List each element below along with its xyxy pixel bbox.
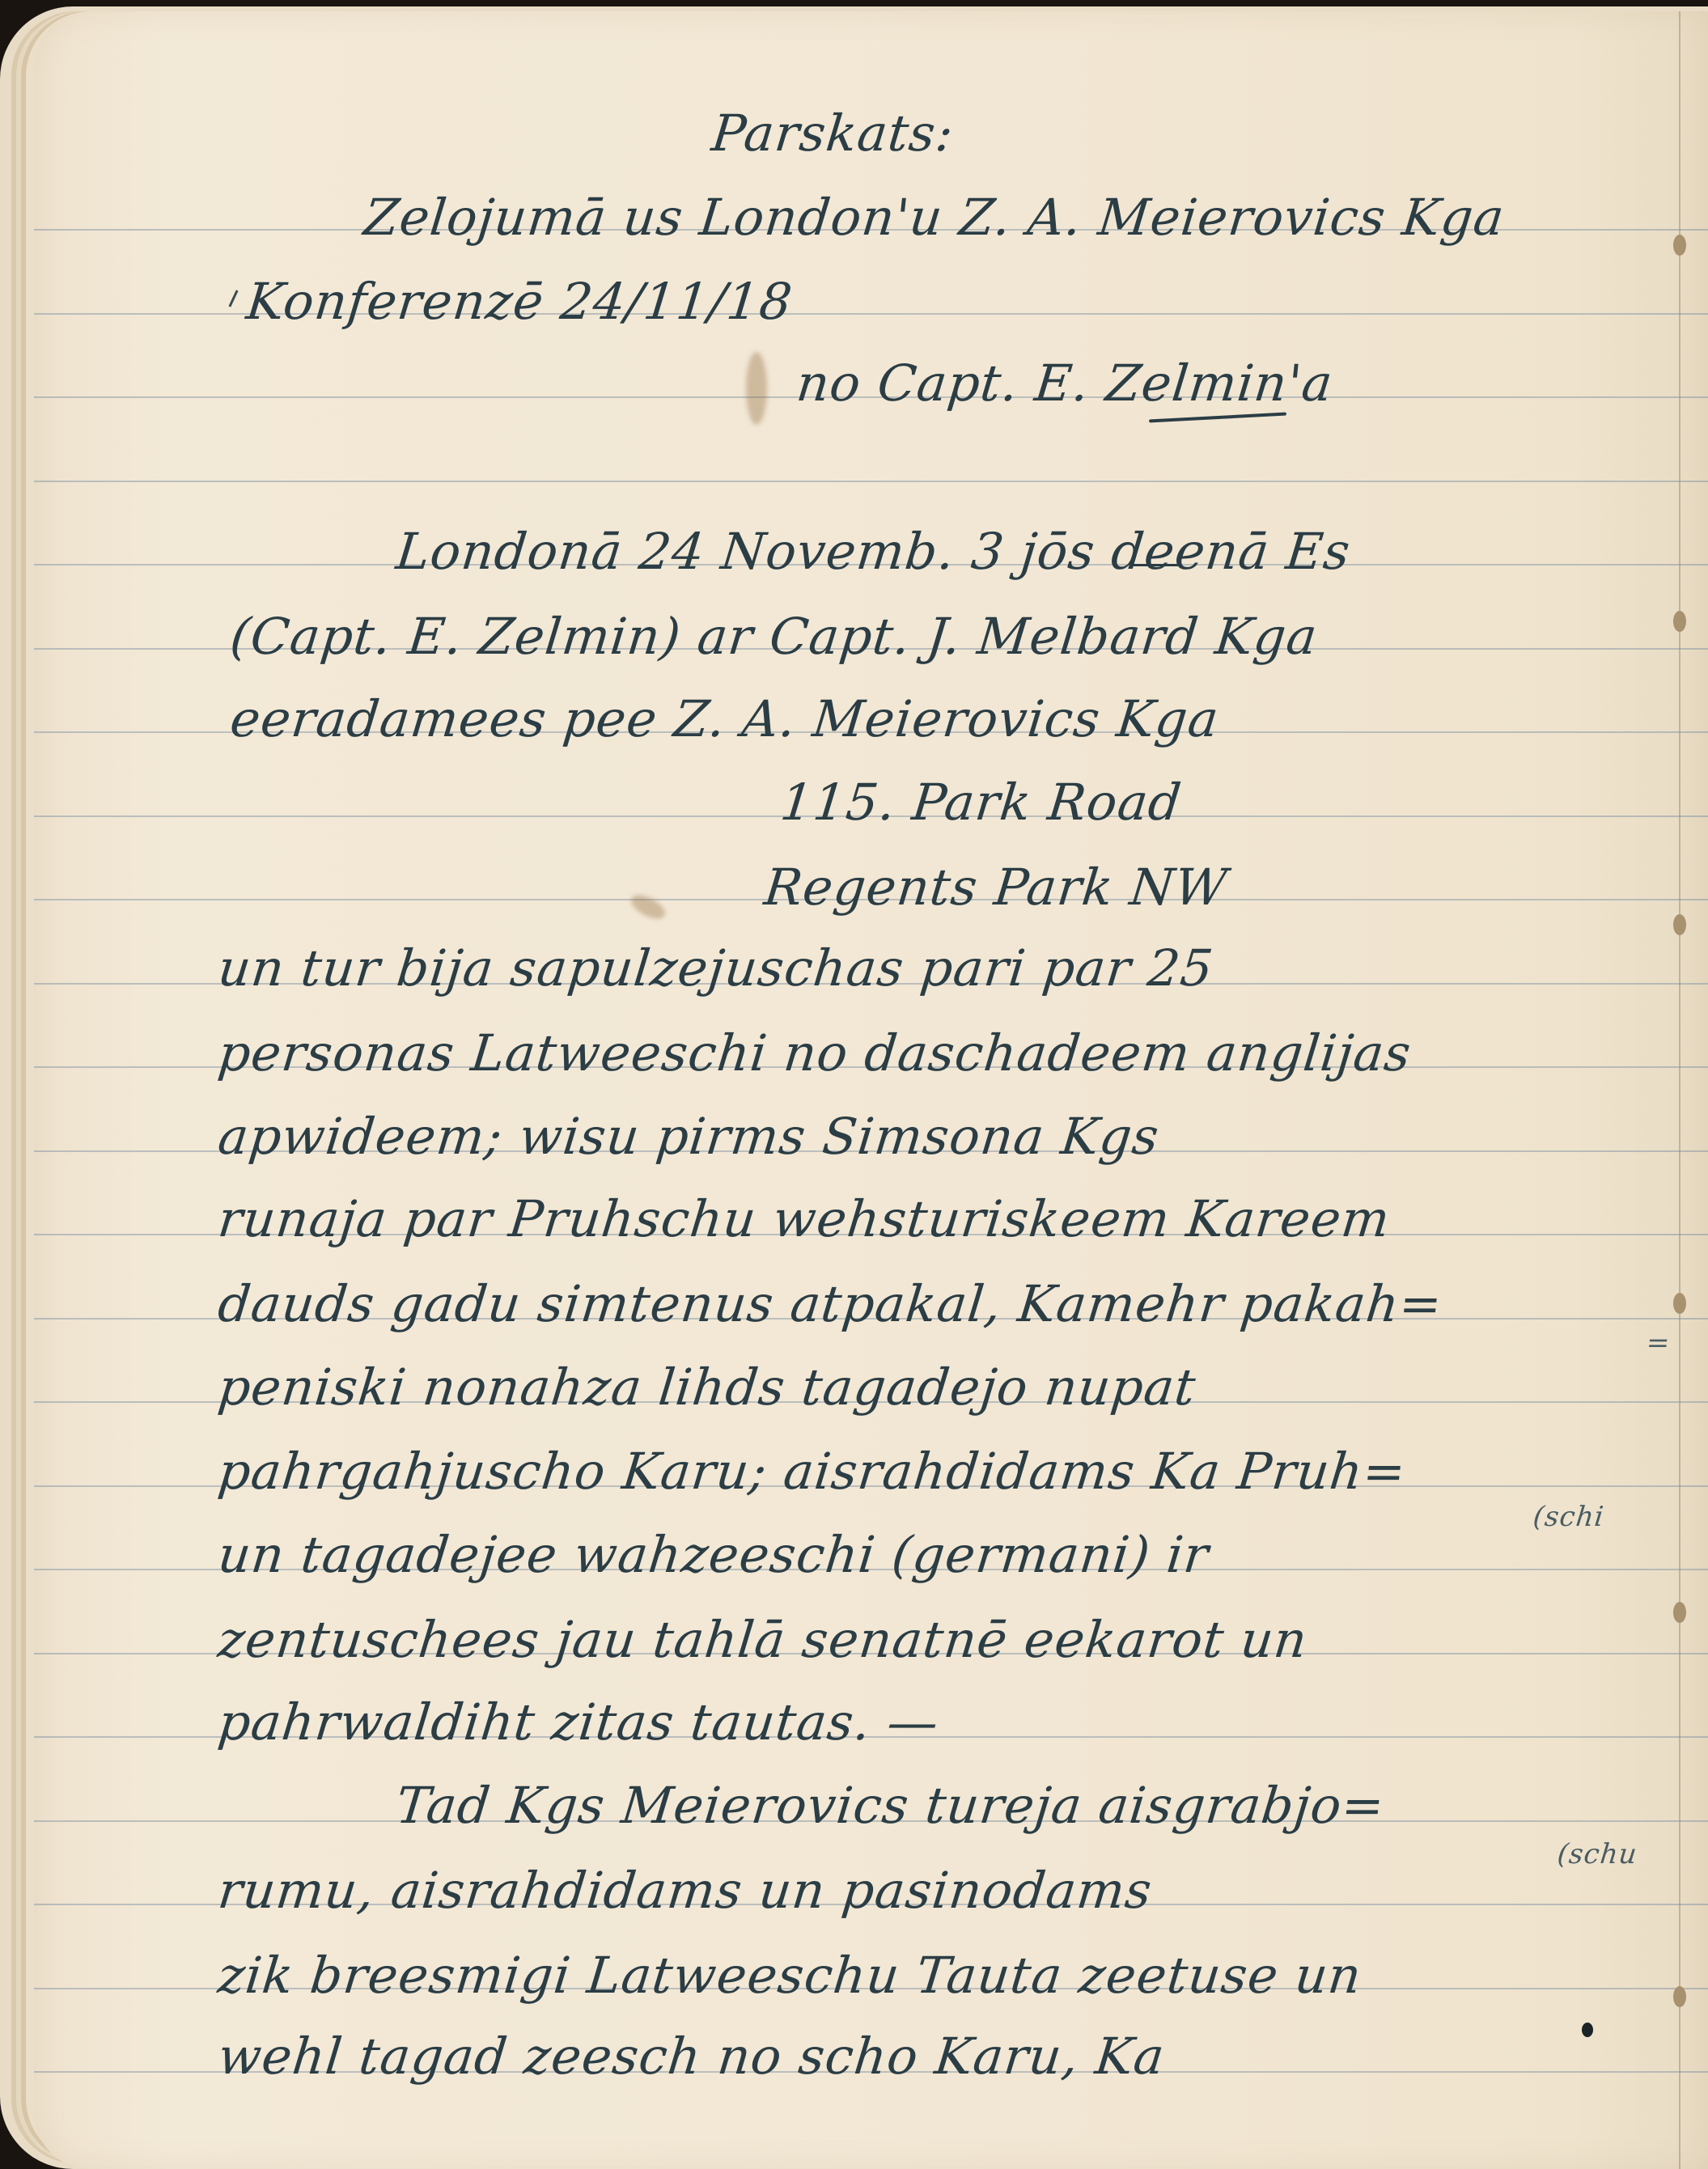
binding-hole <box>1673 1293 1686 1314</box>
ruled-line <box>34 481 1708 482</box>
body-line: zik breesmigi Latweeschu Tauta zeetuse u… <box>215 1946 1364 2005</box>
notebook-page <box>34 11 1708 2169</box>
margin-note-hyphen: = <box>1645 1327 1672 1359</box>
binding-hole <box>1673 611 1686 632</box>
body-line: wehl tagad zeesch no scho Karu, Ka <box>215 2027 1168 2086</box>
body-line: apwideem; wisu pirms Simsona Kgs <box>215 1107 1162 1166</box>
page-fold-line <box>1679 11 1680 2169</box>
ordinal-underline <box>1133 564 1181 566</box>
binding-hole <box>1673 1986 1686 2007</box>
subtitle-line-2: Konferenzē 24/11/18 <box>244 272 795 331</box>
body-line: personas Latweeschi no daschadeem anglij… <box>215 1023 1414 1082</box>
body-line: dauds gadu simtenus atpakal, Kamehr paka… <box>215 1274 1445 1333</box>
author-line: no Capt. E. Zelmin'a <box>794 354 1336 413</box>
body-line: un tagadejee wahzeeschi (germani) ir <box>215 1525 1212 1584</box>
body-line: 115. Park Road <box>778 773 1185 832</box>
body-line: un tur bija sapulzejuschas pari par 25 <box>215 938 1216 998</box>
page-title: Parskats: <box>709 104 956 163</box>
body-line: pahrgahjuscho Karu; aisrahdidams Ka Pruh… <box>215 1442 1409 1501</box>
body-line: eeradamees pee Z. A. Meierovics Kga <box>227 689 1222 748</box>
body-line: pahrwaldiht zitas tautas. — <box>215 1692 942 1752</box>
margin-note-insertion: (schi <box>1532 1501 1606 1533</box>
body-line: Londonā 24 Novemb. 3 jōs deenā Es <box>393 522 1354 581</box>
body-line: runaja par Pruhschu wehsturiskeem Kareem <box>215 1189 1393 1248</box>
binding-hole <box>1673 1602 1686 1623</box>
margin-note-insertion: (schu <box>1556 1838 1639 1870</box>
binding-hole <box>1673 914 1686 935</box>
body-line: (Capt. E. Zelmin) ar Capt. J. Melbard Kg… <box>227 607 1320 666</box>
body-line: zentuschees jau tahlā senatnē eekarot un <box>215 1610 1310 1669</box>
subtitle-line-1: Zelojumā us London'u Z. A. Meierovics Kg… <box>361 188 1507 247</box>
ink-blot <box>1582 2023 1593 2037</box>
binding-hole <box>1673 235 1686 256</box>
body-line: Tad Kgs Meierovics tureja aisgrabjo= <box>393 1776 1388 1835</box>
body-line: Regents Park NW <box>761 858 1231 917</box>
body-line: peniski nonahza lihds tagadejo nupat <box>215 1358 1199 1417</box>
body-line: rumu, aisrahdidams un pasinodams <box>215 1861 1155 1920</box>
paper-stain <box>746 352 767 425</box>
